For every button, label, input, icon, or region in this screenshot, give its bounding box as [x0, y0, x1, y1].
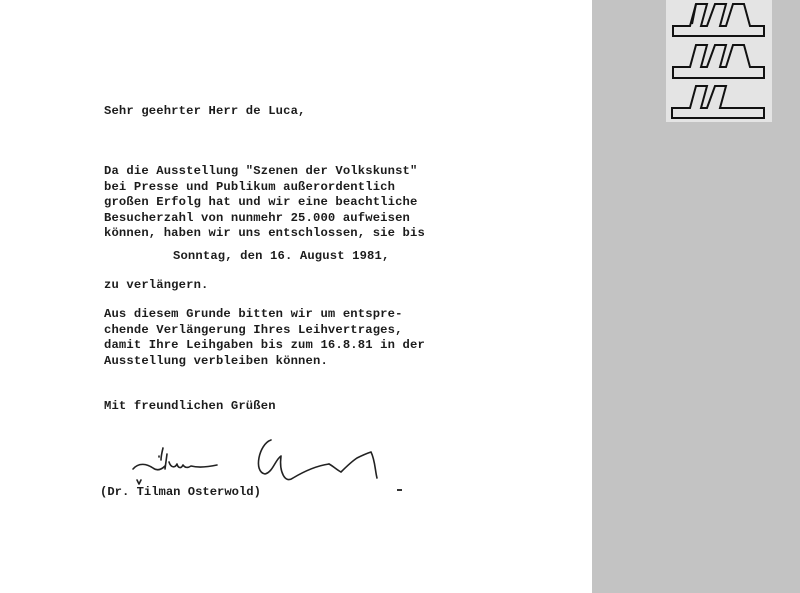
- stepped-zigzag-logo-icon: [666, 0, 772, 122]
- dash-mark: [397, 489, 402, 491]
- letter-page: Sehr geehrter Herr de Luca, Da die Ausst…: [0, 0, 592, 593]
- paragraph-1-line: bei Presse und Publikum außerordentlich: [104, 180, 425, 196]
- signatory-name: (Dr. Tilman Osterwold): [100, 485, 261, 499]
- paragraph-2-line: Ausstellung verbleiben können.: [104, 354, 425, 370]
- paragraph-2: Aus diesem Grunde bitten wir um entspre-…: [104, 307, 425, 369]
- paragraph-2-line: chende Verlängerung Ihres Leihvertrages,: [104, 323, 425, 339]
- continuation-line: zu verlängern.: [104, 278, 209, 294]
- salutation: Sehr geehrter Herr de Luca,: [104, 104, 306, 120]
- paragraph-1: Da die Ausstellung "Szenen der Volkskuns…: [104, 164, 425, 242]
- paragraph-1-line: können, haben wir uns entschlossen, sie …: [104, 226, 425, 242]
- paragraph-1-line: Da die Ausstellung "Szenen der Volkskuns…: [104, 164, 425, 180]
- paragraph-2-line: Aus diesem Grunde bitten wir um entspre-: [104, 307, 425, 323]
- paragraph-1-line: großen Erfolg hat und wir eine beachtlic…: [104, 195, 425, 211]
- paragraph-2-line: damit Ihre Leihgaben bis zum 16.8.81 in …: [104, 338, 425, 354]
- closing: Mit freundlichen Grüßen: [104, 399, 276, 415]
- date-line: Sonntag, den 16. August 1981,: [173, 249, 389, 263]
- paragraph-1-line: Besucherzahl von nunmehr 25.000 aufweise…: [104, 211, 425, 227]
